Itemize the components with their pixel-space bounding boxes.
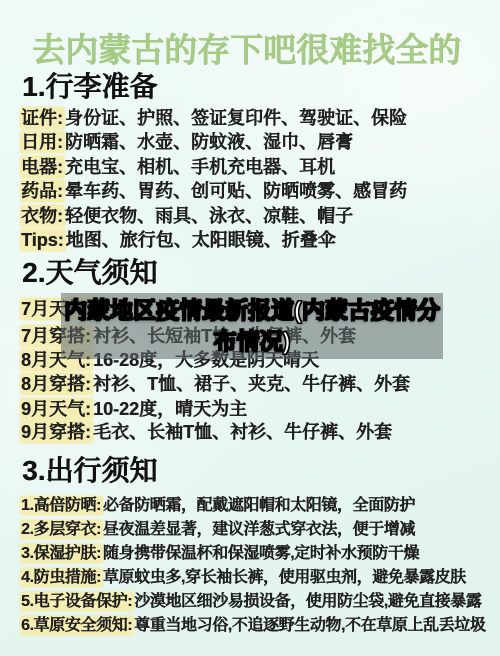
row-label: 电器: <box>20 156 65 178</box>
row-text: 地图、旅行包、太阳眼镜、折叠伞 <box>66 230 336 250</box>
overlay-banner: 内蒙地区疫情最新报道(内蒙古疫情分布情况) <box>61 293 443 359</box>
list-item-september-weather: 9月天气:10-22度，晴天为主 <box>20 399 247 421</box>
list-item-september-outfit: 9月穿搭:毛衣、长袖T恤、衬衫、牛仔裤、外套 <box>20 422 392 444</box>
row-label: 1.高倍防晒: <box>20 496 103 515</box>
row-text: 尊重当地习俗,不追逐野生动物,不在草原上乱丢垃圾 <box>134 617 485 634</box>
list-item-electronics: 电器:充电宝、相机、手机充电器、耳机 <box>20 157 335 179</box>
row-label: 衣物: <box>20 205 65 227</box>
travel-infographic-poster: 去内蒙古的存下吧很难找全的 1.行李准备 证件:身份证、护照、签证复印件、驾驶证… <box>0 0 500 656</box>
section-heading-weather: 2.天气须知 <box>22 258 157 289</box>
row-label: 9月天气: <box>20 398 93 420</box>
poster-title: 去内蒙古的存下吧很难找全的 <box>32 24 461 71</box>
row-text: 晕车药、胃药、创可贴、防晒喷雾、感冒药 <box>65 181 407 201</box>
list-item-documents: 证件:身份证、护照、签证复印件、驾驶证、保险 <box>20 108 407 130</box>
row-label: 证件: <box>20 107 65 129</box>
row-text: 防晒霜、水壶、防蚊液、湿巾、唇膏 <box>65 132 353 152</box>
row-label: 8月穿搭: <box>20 373 93 395</box>
row-text: 10-22度，晴天为主 <box>93 399 247 419</box>
overlay-banner-text: 内蒙地区疫情最新报道(内蒙古疫情分布情况) <box>61 295 443 357</box>
row-label: 2.多层穿衣: <box>20 520 103 539</box>
row-label: 4.防虫措施: <box>20 568 103 587</box>
list-item-sunscreen: 1.高倍防晒:必备防晒霜，配戴遮阳帽和太阳镜，全面防护 <box>20 496 415 515</box>
row-text: 沙漠地区细沙易损设备，使用防尘袋,避免直接暴露 <box>134 593 481 610</box>
row-text: 随身携带保温杯和保湿喷雾,定时补水预防干燥 <box>103 545 419 562</box>
list-item-moisturizing: 3.保湿护肤:随身携带保温杯和保湿喷雾,定时补水预防干燥 <box>20 544 419 563</box>
row-text: 昼夜温差显著，建议洋葱式穿衣法，便于增减 <box>103 521 415 538</box>
row-label: 5.电子设备保护: <box>20 592 134 611</box>
row-label: Tips: <box>20 229 66 251</box>
row-label: 3.保湿护肤: <box>20 544 103 563</box>
list-item-device-protection: 5.电子设备保护:沙漠地区细沙易损设备，使用防尘袋,避免直接暴露 <box>20 592 481 611</box>
row-text: 充电宝、相机、手机充电器、耳机 <box>65 157 335 177</box>
row-text: 衬衫、T恤、裙子、夹克、牛仔裤、外套 <box>93 374 410 394</box>
row-text: 毛衣、长袖T恤、衬衫、牛仔裤、外套 <box>93 422 392 442</box>
list-item-daily: 日用:防晒霜、水壶、防蚊液、湿巾、唇膏 <box>20 132 353 154</box>
row-text: 身份证、护照、签证复印件、驾驶证、保险 <box>65 108 407 128</box>
list-item-insect-protection: 4.防虫措施:草原蚊虫多,穿长袖长裤，使用驱虫剂，避免暴露皮肤 <box>20 568 466 587</box>
list-item-grassland-safety: 6.草原安全须知:尊重当地习俗,不追逐野生动物,不在草原上乱丢垃圾 <box>20 616 485 635</box>
section-heading-luggage: 1.行李准备 <box>22 72 157 103</box>
row-text: 草原蚊虫多,穿长袖长裤，使用驱虫剂，避免暴露皮肤 <box>103 569 466 586</box>
row-label: 9月穿搭: <box>20 421 93 443</box>
list-item-august-outfit: 8月穿搭:衬衫、T恤、裙子、夹克、牛仔裤、外套 <box>20 374 410 396</box>
row-text: 必备防晒霜，配戴遮阳帽和太阳镜，全面防护 <box>103 497 415 514</box>
list-item-tips: Tips:地图、旅行包、太阳眼镜、折叠伞 <box>20 230 336 252</box>
row-label: 6.草原安全须知: <box>20 616 134 635</box>
section-heading-travel-notes: 3.出行须知 <box>22 456 157 487</box>
list-item-layered-clothing: 2.多层穿衣:昼夜温差显著，建议洋葱式穿衣法，便于增减 <box>20 520 415 539</box>
row-text: 轻便衣物、雨具、泳衣、凉鞋、帽子 <box>65 206 353 226</box>
row-label: 药品: <box>20 180 65 202</box>
list-item-clothing: 衣物:轻便衣物、雨具、泳衣、凉鞋、帽子 <box>20 206 353 228</box>
list-item-medicine: 药品:晕车药、胃药、创可贴、防晒喷雾、感冒药 <box>20 181 407 203</box>
row-label: 日用: <box>20 131 65 153</box>
